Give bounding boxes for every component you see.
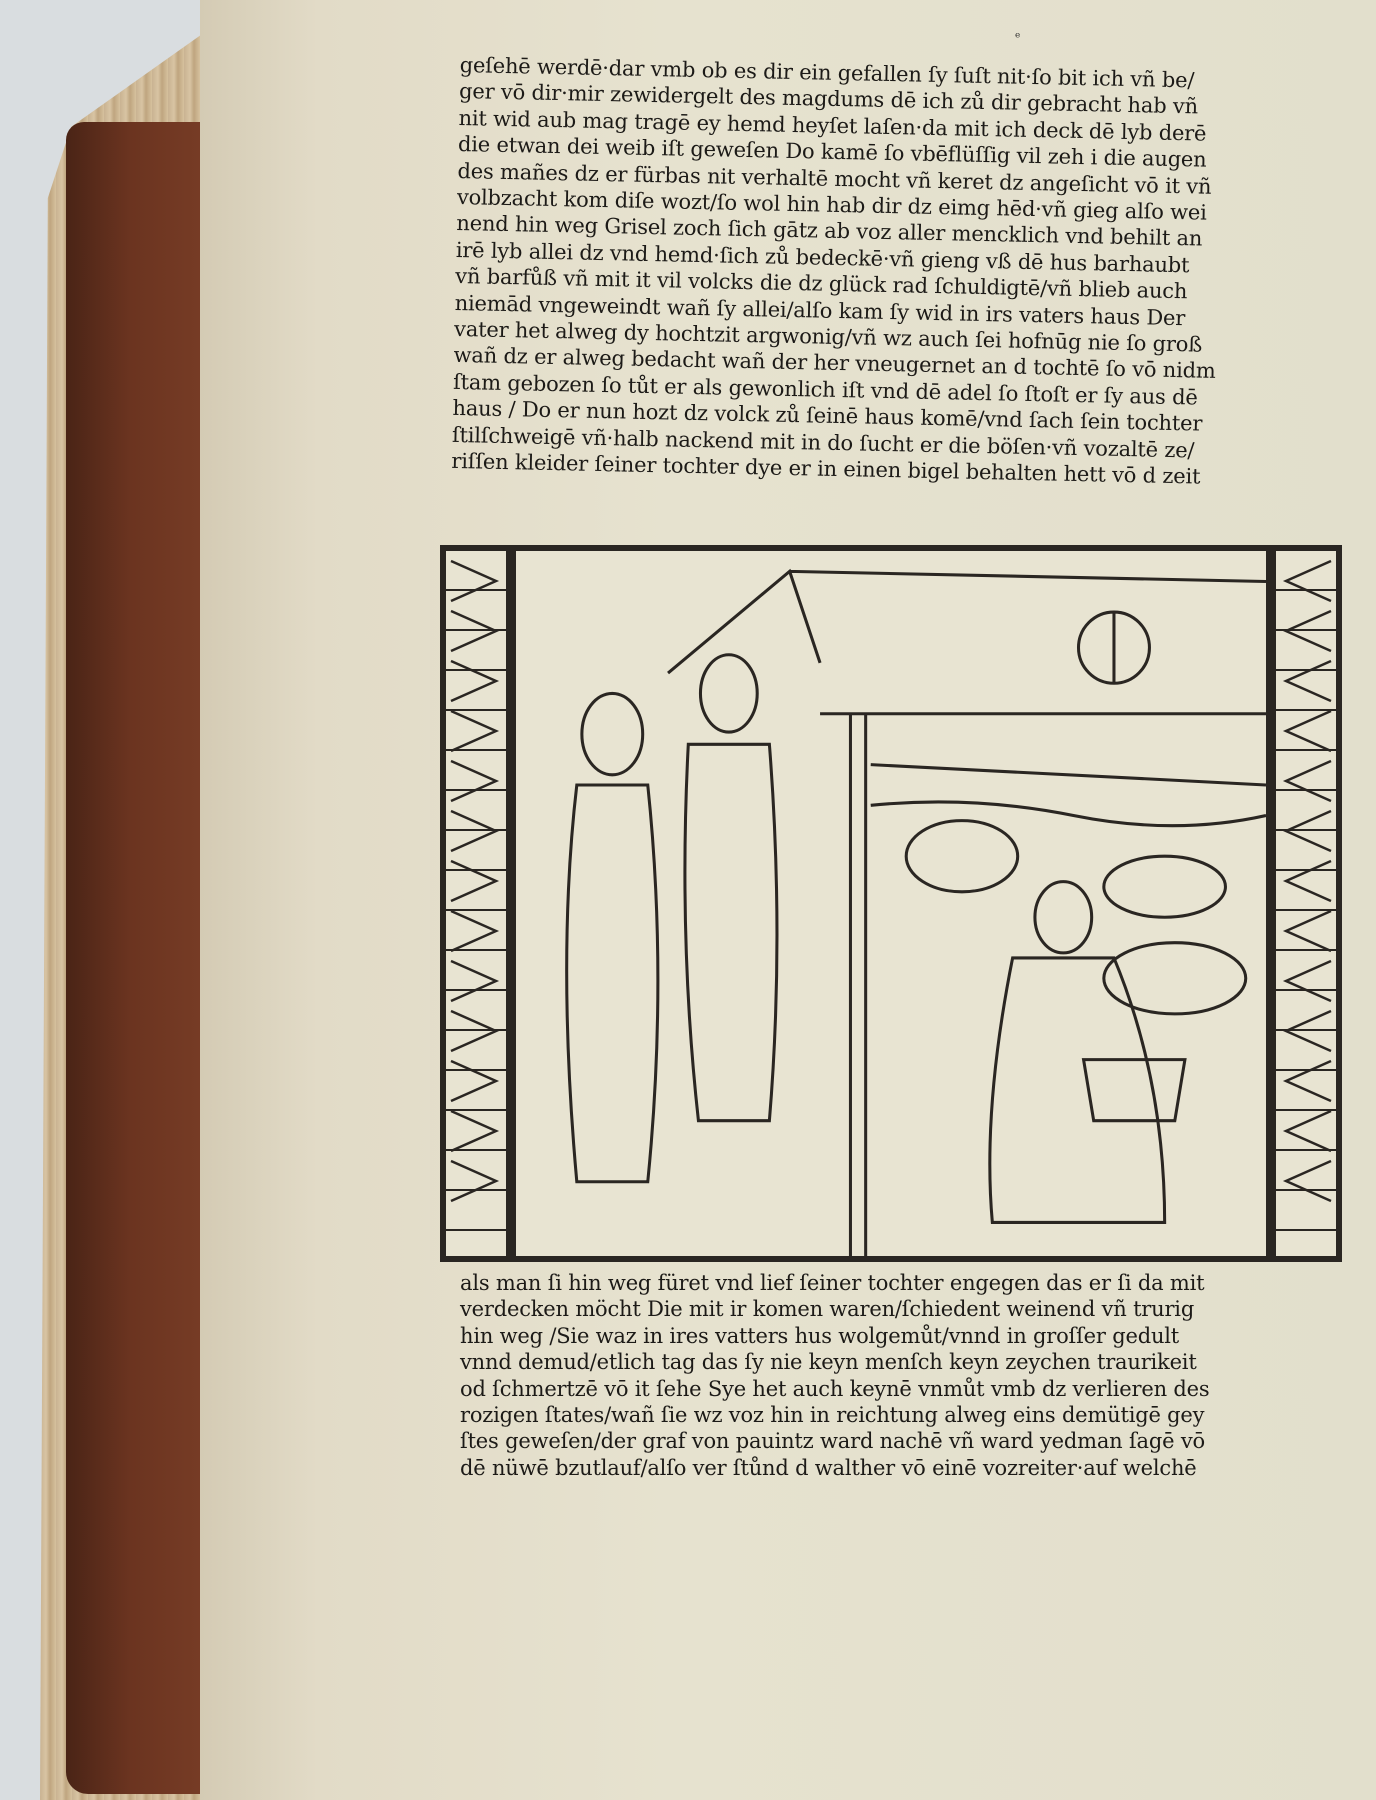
folio-mark: ᵉ: [1015, 30, 1020, 46]
decorative-border-left: [446, 551, 516, 1256]
text-line: od ſchmertzē vō it ſehe Sye het auch key…: [460, 1376, 1330, 1402]
text-line: als man ſi hin weg füret vnd lief ſeiner…: [460, 1270, 1330, 1296]
text-block-top: geſehē werdē·dar vmb ob es dir ein gefal…: [451, 52, 1330, 493]
woodcut-scene: [516, 551, 1266, 1256]
woodcut-drawing-icon: [516, 551, 1266, 1256]
text-line: verdecken möcht Die mit ir komen waren/ſ…: [460, 1296, 1330, 1322]
triangle-pattern-icon: [446, 551, 506, 1244]
woodcut-illustration: [440, 545, 1342, 1262]
text-line: ſtes geweſen/der graf von pauintz ward n…: [460, 1428, 1330, 1454]
text-line: hin weg /Sie waz in ires vatters hus wol…: [460, 1323, 1330, 1349]
decorative-border-right: [1266, 551, 1336, 1256]
triangle-pattern-icon: [1276, 551, 1336, 1244]
text-line: vnnd demud/etlich tag das ſy nie keyn me…: [460, 1349, 1330, 1375]
text-line: rozigen ſtates/wañ ſie wz voz hin in rei…: [460, 1402, 1330, 1428]
text-line: dē nüwē bzutlauf/alſo ver ſtůnd d walthe…: [460, 1455, 1330, 1481]
text-block-bottom: als man ſi hin weg füret vnd lief ſeiner…: [460, 1270, 1330, 1481]
